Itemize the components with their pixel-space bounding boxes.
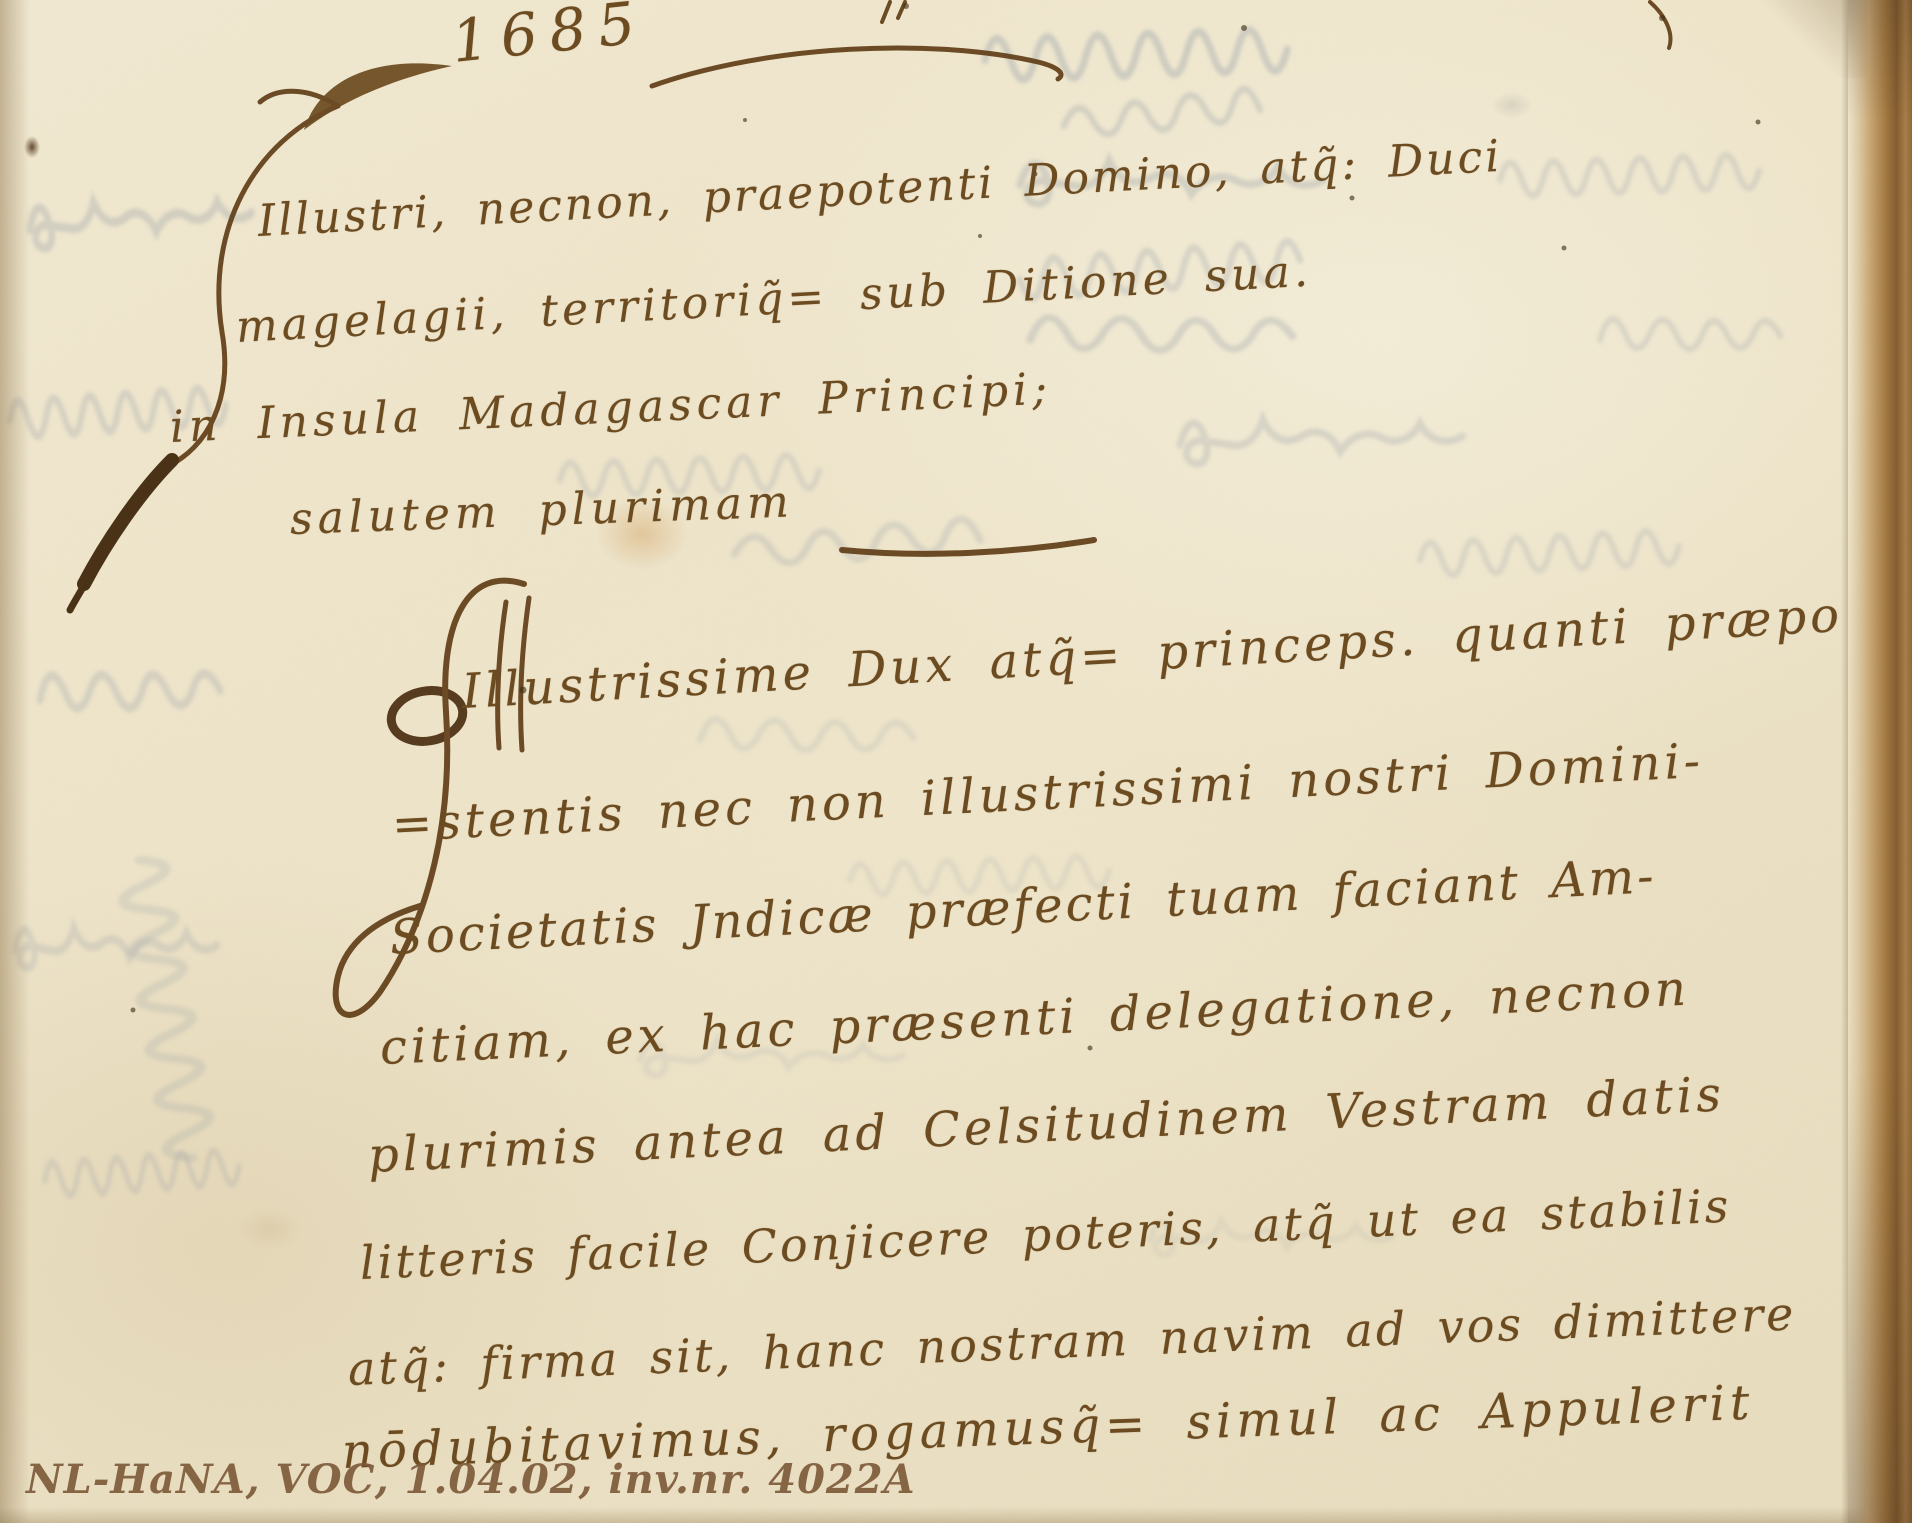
manuscript-line-6: =stentis nec non illustrissimi nostri Do… xyxy=(391,733,1706,853)
manuscript-line-5: Illustrissime Dux atq̃= princeps. quanti… xyxy=(460,587,1844,720)
manuscript-line-7: Societatis Jndicæ præfecti tuam faciant … xyxy=(389,848,1658,966)
manuscript-line-9: plurimis antea ad Celsitudinem Vestram d… xyxy=(367,1066,1726,1184)
manuscript-scan-page: 1685 Illustri, necnon, praepotenti Domin… xyxy=(0,0,1912,1523)
manuscript-line-4: salutem plurimam xyxy=(289,476,794,545)
manuscript-line-1: Illustri, necnon, praepotenti Domino, at… xyxy=(257,131,1504,247)
bottom-edge-shadow xyxy=(0,1507,1912,1523)
manuscript-line-11: atq̃: firma sit, hanc nostram navim ad v… xyxy=(347,1286,1797,1396)
manuscript-line-3: in Insula Madagascar Principi; xyxy=(169,364,1053,453)
manuscript-text: 1685 Illustri, necnon, praepotenti Domin… xyxy=(0,0,1912,1523)
archive-reference-watermark: NL-HaNA, VOC, 1.04.02, inv.nr. 4022A xyxy=(26,1456,916,1503)
manuscript-line-10: litteris facile Conjicere poteris, atq̃ … xyxy=(359,1179,1732,1290)
left-gutter-shadow xyxy=(0,0,30,1523)
book-fore-edge xyxy=(1848,0,1912,1523)
manuscript-line-2: magelagii, territoriq̃= sub Ditione sua. xyxy=(235,246,1313,353)
manuscript-line-8: citiam, ex hac præsenti delegatione, nec… xyxy=(379,961,1691,1076)
year-heading: 1685 xyxy=(448,0,650,76)
